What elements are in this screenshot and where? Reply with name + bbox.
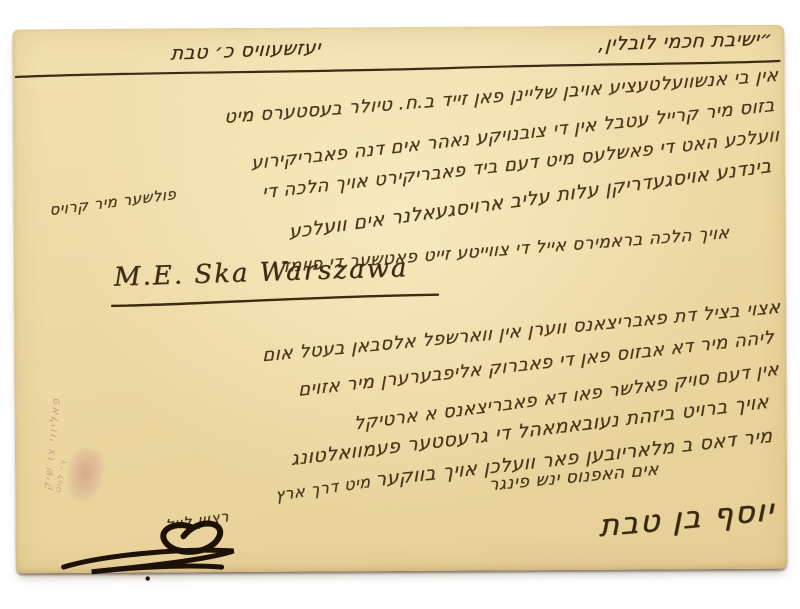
postcard-paper: ״ישיבת חכמי לובלין, יעזשעוויס כ׳ טבת אין… [12,25,787,574]
pink-ink-smudge [62,446,108,506]
header-organization: ״ישיבת חכמי לובלין, [598,28,773,56]
scan-background: ״ישיבת חכמי לובלין, יעזשעוויס כ׳ טבת אין… [0,0,800,609]
closing-respect-line: מיט דרך ארץ [274,472,372,505]
address-line-latin: M.E. Ska Warszawa [113,253,408,292]
header-dateline: יעזשעוויס כ׳ טבת [170,36,321,64]
signature-name: יוסף בן טבת [598,493,777,544]
signature-flourish [55,514,255,585]
address-underline [110,290,440,306]
handwritten-line: פולשער מיר קרויס [48,185,177,219]
